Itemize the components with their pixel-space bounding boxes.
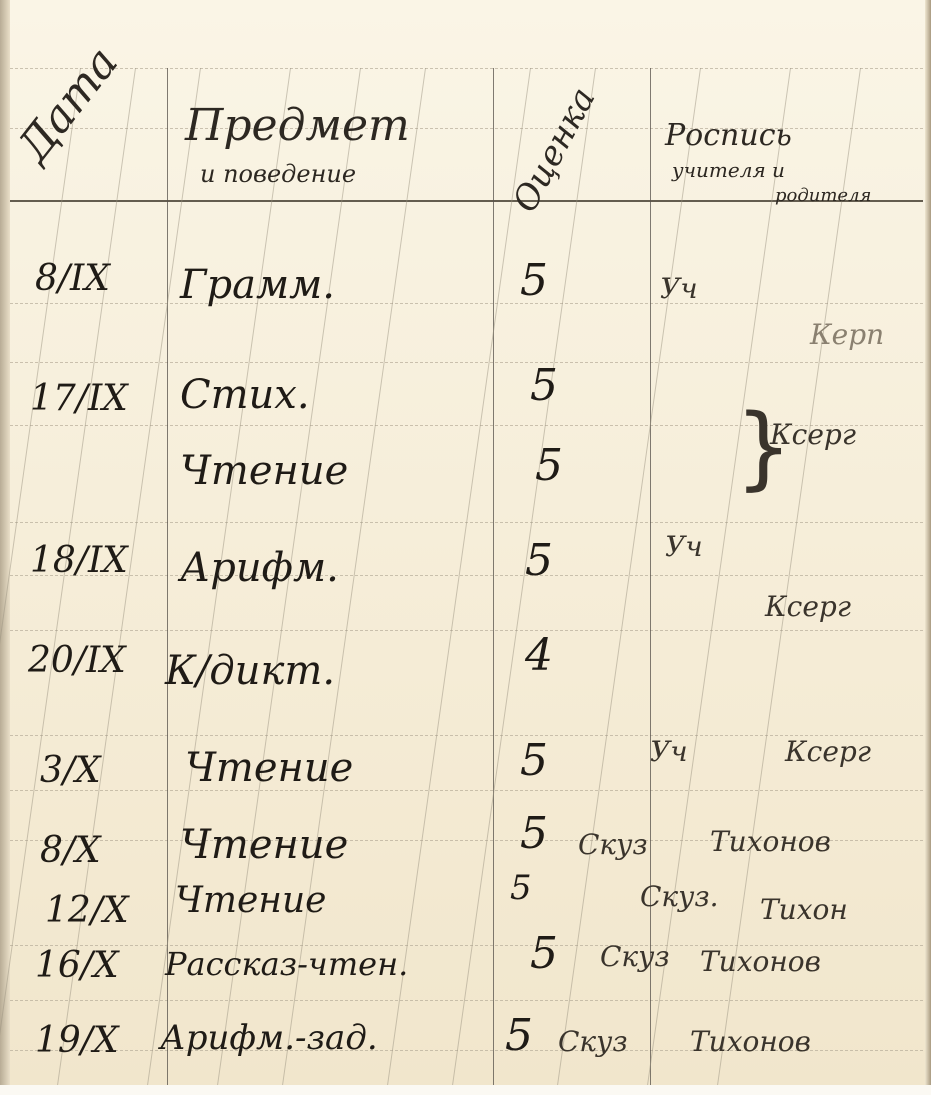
header-signature-line3: родителя [775, 185, 871, 206]
slant-line [717, 68, 861, 1085]
header-signature-line2: учителя и [672, 158, 785, 182]
header-signature-line1: Роспись [665, 118, 792, 153]
row-1-teacher-signature: Уч [660, 272, 698, 305]
row-8-subject: Чтение [175, 880, 326, 921]
column-divider [650, 68, 651, 1085]
row-9-subject: Рассказ-чтен. [165, 945, 408, 983]
rule-line [10, 303, 923, 304]
row-6-subject: Чтение [185, 745, 353, 791]
row-7-parent-signature: Тихонов [710, 825, 831, 858]
row-6-date: 3/X [40, 750, 101, 791]
row-2-grade: 5 [530, 360, 558, 411]
row-8-teacher-signature: Скуз. [640, 880, 719, 913]
slant-line [647, 68, 791, 1085]
row-9-date: 16/X [35, 945, 119, 986]
rule-line [10, 575, 923, 576]
row-1-date: 8/IX [35, 258, 110, 299]
row-1-parent-signature: Керп [810, 318, 884, 351]
slant-line [387, 68, 531, 1085]
header-grade: Оценка [505, 81, 604, 219]
rule-line [10, 790, 923, 791]
diary-page: Дата Предмет и поведение Оценка Роспись … [0, 0, 931, 1095]
row-5-date: 20/IX [28, 640, 126, 681]
row-5-subject: К/дикт. [165, 648, 335, 694]
row-4-grade: 5 [525, 535, 553, 586]
row-4-date: 18/IX [30, 540, 128, 581]
row-3-grade: 5 [535, 440, 563, 491]
row-1-grade: 5 [520, 255, 548, 306]
row-10-date: 19/X [35, 1020, 119, 1061]
slant-line [557, 68, 701, 1085]
rule-line [10, 1000, 923, 1001]
header-subject-line2: и поведение [200, 160, 356, 188]
page-bottom-edge [0, 1085, 931, 1095]
row-8-parent-signature: Тихон [760, 893, 848, 926]
rule-line [10, 68, 923, 69]
row-10-grade: 5 [505, 1010, 533, 1061]
row-4-parent-signature: Ксерг [765, 590, 851, 623]
row-6-teacher-signature: Уч [650, 735, 688, 768]
row-7-subject: Чтение [180, 822, 348, 868]
page-left-edge [0, 0, 10, 1095]
column-divider [493, 68, 494, 1085]
row-6-parent-signature: Ксерг [785, 735, 871, 768]
row-3-subject: Чтение [180, 448, 348, 494]
row-2-subject: Стих. [180, 372, 310, 418]
row-7-teacher-signature: Скуз [578, 828, 648, 861]
row-7-grade: 5 [520, 808, 548, 859]
row-5-grade: 4 [525, 630, 553, 681]
row-10-teacher-signature: Скуз [558, 1025, 628, 1058]
row-10-parent-signature: Тихонов [690, 1025, 811, 1058]
row-8-date: 12/X [45, 890, 129, 931]
row-7-date: 8/X [40, 830, 101, 871]
row-6-grade: 5 [520, 735, 548, 786]
row-2-date: 17/IX [30, 378, 128, 419]
page-right-edge [925, 0, 931, 1095]
row-10-subject: Арифм.-зад. [160, 1018, 378, 1058]
row-9-parent-signature: Тихонов [700, 945, 821, 978]
rule-line [10, 362, 923, 363]
header-subject-line1: Предмет [185, 100, 410, 151]
row-1-subject: Грамм. [180, 262, 335, 308]
rule-line [10, 630, 923, 631]
row-8-grade: 5 [510, 868, 532, 908]
row-4-teacher-signature: Уч [665, 530, 703, 563]
row-4-subject: Арифм. [180, 545, 339, 591]
row-9-teacher-signature: Скуз [600, 940, 670, 973]
row-9-grade: 5 [530, 928, 558, 979]
row-2-parent-signature: Ксерг [770, 418, 856, 451]
